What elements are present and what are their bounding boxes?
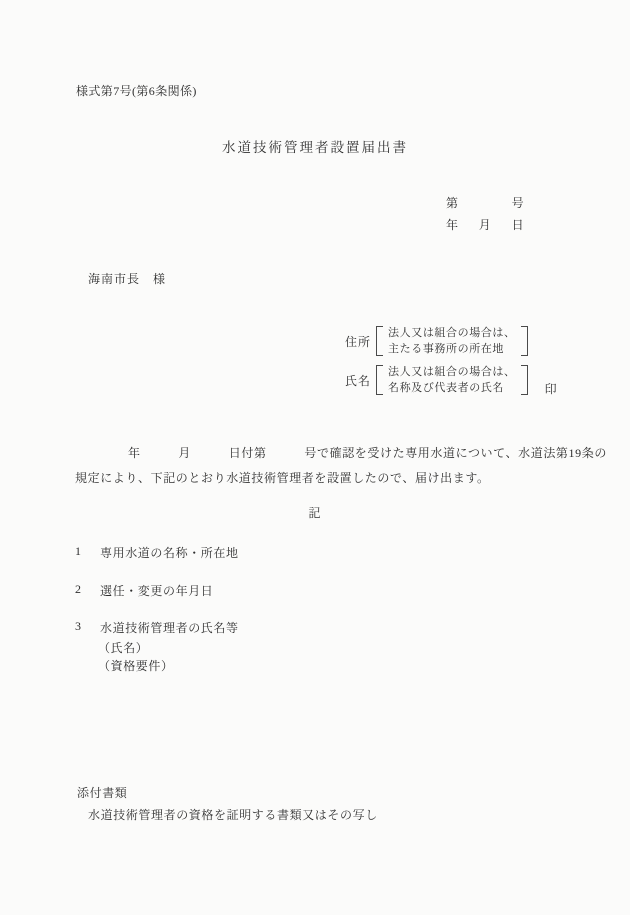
- document-number-line: 第 号: [446, 196, 524, 211]
- body-paragraph-line1: 年 月 日付第 号で確認を受けた専用水道について、水道法第19条の: [128, 446, 607, 461]
- number-prefix-label: 第: [446, 196, 458, 211]
- document-date-line: 年 月 日: [446, 218, 524, 233]
- year-label: 年: [446, 218, 458, 233]
- item-number: 1: [75, 544, 100, 561]
- left-bracket-icon: [376, 326, 383, 356]
- applicant-address-block: 住所 法人又は組合の場合は、主たる事務所の所在地: [345, 325, 528, 357]
- right-bracket-icon: [521, 365, 528, 395]
- seal-mark: 印: [545, 380, 557, 397]
- attachments-label: 添付書類: [77, 786, 127, 801]
- address-bracket-note: 法人又は組合の場合は、主たる事務所の所在地: [388, 325, 516, 357]
- right-bracket-icon: [521, 326, 528, 356]
- list-item: 1 専用水道の名称・所在地: [75, 544, 239, 561]
- number-suffix-label: 号: [512, 196, 524, 211]
- item-text: 選任・変更の年月日: [100, 582, 213, 599]
- address-note-line1: 法人又は組合の場合は、: [388, 327, 516, 339]
- name-note-line2: 名称及び代表者の氏名: [388, 382, 504, 394]
- attachment-item: 水道技術管理者の資格を証明する書類又はその写し: [88, 808, 378, 823]
- item-number: 3: [75, 619, 100, 636]
- name-bracket-note: 法人又は組合の場合は、名称及び代表者の氏名: [388, 364, 516, 396]
- month-label: 月: [479, 218, 491, 233]
- body-paragraph-line2: 規定により、下記のとおり水道技術管理者を設置したので、届け出ます。: [75, 471, 490, 486]
- list-item: 3 水道技術管理者の氏名等: [75, 619, 239, 636]
- name-label: 氏名: [345, 372, 371, 389]
- list-item: 2 選任・変更の年月日: [75, 582, 213, 599]
- item-text: 水道技術管理者の氏名等: [100, 619, 239, 636]
- page-title: 水道技術管理者設置届出書: [0, 140, 630, 157]
- applicant-name-block: 氏名 法人又は組合の場合は、名称及び代表者の氏名 印: [345, 364, 557, 396]
- addressee-line: 海南市長 様: [88, 272, 166, 287]
- form-number-note: 様式第7号(第6条関係): [76, 84, 197, 99]
- item-number: 2: [75, 582, 100, 599]
- item-text: 専用水道の名称・所在地: [100, 544, 239, 561]
- address-label: 住所: [345, 333, 371, 350]
- left-bracket-icon: [376, 365, 383, 395]
- form-document-page: 様式第7号(第6条関係) 水道技術管理者設置届出書 第 号 年 月 日 海南市長…: [0, 0, 630, 915]
- record-heading: 記: [0, 506, 630, 521]
- day-label: 日: [512, 218, 524, 233]
- address-note-line2: 主たる事務所の所在地: [388, 343, 504, 355]
- sub-item-name: （氏名）: [98, 641, 148, 656]
- name-note-line1: 法人又は組合の場合は、: [388, 366, 516, 378]
- sub-item-qualification: （資格要件）: [98, 659, 174, 674]
